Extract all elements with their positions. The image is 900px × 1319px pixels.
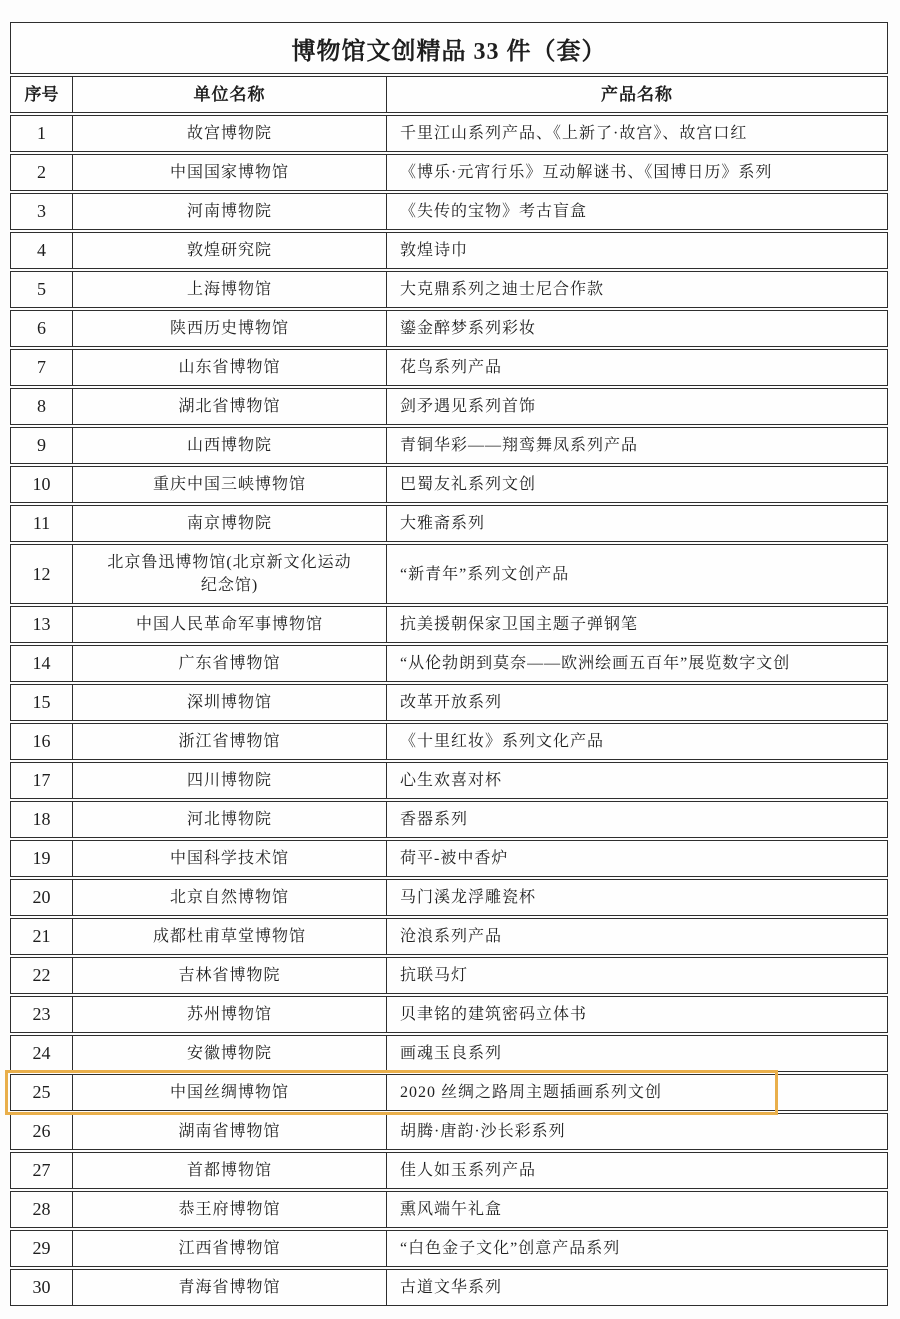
table-row: 26湖南省博物馆胡腾·唐韵·沙长彩系列 bbox=[10, 1113, 888, 1150]
unit-name-cell: 北京自然博物馆 bbox=[73, 880, 387, 915]
table-row: 15深圳博物馆改革开放系列 bbox=[10, 684, 888, 721]
table-row: 27首都博物馆佳人如玉系列产品 bbox=[10, 1152, 888, 1189]
row-number-cell: 9 bbox=[11, 428, 73, 463]
unit-name-cell: 安徽博物院 bbox=[73, 1036, 387, 1071]
table-row: 23苏州博物馆贝聿铭的建筑密码立体书 bbox=[10, 996, 888, 1033]
product-name-cell: 千里江山系列产品、《上新了·故宫》、故宫口红 bbox=[387, 116, 887, 151]
table-row: 3河南博物院《失传的宝物》考古盲盒 bbox=[10, 193, 888, 230]
table-row: 25中国丝绸博物馆2020 丝绸之路周主题插画系列文创 bbox=[10, 1074, 888, 1111]
row-number-cell: 28 bbox=[11, 1192, 73, 1227]
product-name-cell: 改革开放系列 bbox=[387, 685, 887, 720]
row-number-cell: 12 bbox=[11, 545, 73, 603]
table-row: 12北京鲁迅博物馆(北京新文化运动 纪念馆)“新青年”系列文创产品 bbox=[10, 544, 888, 604]
unit-name-cell: 苏州博物馆 bbox=[73, 997, 387, 1032]
row-number-cell: 19 bbox=[11, 841, 73, 876]
table-row: 7山东省博物馆花鸟系列产品 bbox=[10, 349, 888, 386]
header-product: 产品名称 bbox=[387, 77, 887, 112]
table-row: 13中国人民革命军事博物馆抗美援朝保家卫国主题子弹钢笔 bbox=[10, 606, 888, 643]
header-unit: 单位名称 bbox=[73, 77, 387, 112]
unit-name-cell: 河南博物院 bbox=[73, 194, 387, 229]
product-name-cell: 巴蜀友礼系列文创 bbox=[387, 467, 887, 502]
unit-name-cell: 吉林省博物院 bbox=[73, 958, 387, 993]
row-number-cell: 27 bbox=[11, 1153, 73, 1188]
row-number-cell: 7 bbox=[11, 350, 73, 385]
unit-name-cell: 深圳博物馆 bbox=[73, 685, 387, 720]
title-row: 博物馆文创精品 33 件（套） bbox=[10, 22, 888, 74]
row-number-cell: 25 bbox=[11, 1075, 73, 1110]
unit-name-cell: 河北博物院 bbox=[73, 802, 387, 837]
table-row: 4敦煌研究院敦煌诗巾 bbox=[10, 232, 888, 269]
product-name-cell: 敦煌诗巾 bbox=[387, 233, 887, 268]
table-row: 29江西省博物馆“白色金子文化”创意产品系列 bbox=[10, 1230, 888, 1267]
row-number-cell: 21 bbox=[11, 919, 73, 954]
unit-name-cell: 四川博物院 bbox=[73, 763, 387, 798]
table-row: 17四川博物院心生欢喜对杯 bbox=[10, 762, 888, 799]
unit-name-cell: 敦煌研究院 bbox=[73, 233, 387, 268]
row-number-cell: 14 bbox=[11, 646, 73, 681]
row-number-cell: 30 bbox=[11, 1270, 73, 1305]
row-number-cell: 13 bbox=[11, 607, 73, 642]
row-number-cell: 2 bbox=[11, 155, 73, 190]
row-number-cell: 11 bbox=[11, 506, 73, 541]
table-row: 21成都杜甫草堂博物馆沧浪系列产品 bbox=[10, 918, 888, 955]
product-name-cell: 抗美援朝保家卫国主题子弹钢笔 bbox=[387, 607, 887, 642]
unit-name-cell: 恭王府博物馆 bbox=[73, 1192, 387, 1227]
product-name-cell: 心生欢喜对杯 bbox=[387, 763, 887, 798]
unit-name-cell: 成都杜甫草堂博物馆 bbox=[73, 919, 387, 954]
product-name-cell: 胡腾·唐韵·沙长彩系列 bbox=[387, 1114, 887, 1149]
unit-name-cell: 青海省博物馆 bbox=[73, 1270, 387, 1305]
row-number-cell: 24 bbox=[11, 1036, 73, 1071]
table-row: 20北京自然博物馆马门溪龙浮雕瓷杯 bbox=[10, 879, 888, 916]
product-name-cell: 贝聿铭的建筑密码立体书 bbox=[387, 997, 887, 1032]
unit-name-cell: 首都博物馆 bbox=[73, 1153, 387, 1188]
row-number-cell: 18 bbox=[11, 802, 73, 837]
row-number-cell: 1 bbox=[11, 116, 73, 151]
product-name-cell: 荷平-被中香炉 bbox=[387, 841, 887, 876]
product-name-cell: 鎏金醉梦系列彩妆 bbox=[387, 311, 887, 346]
table-row: 6陕西历史博物馆鎏金醉梦系列彩妆 bbox=[10, 310, 888, 347]
table-row: 19中国科学技术馆荷平-被中香炉 bbox=[10, 840, 888, 877]
row-number-cell: 5 bbox=[11, 272, 73, 307]
product-name-cell: 大克鼎系列之迪士尼合作款 bbox=[387, 272, 887, 307]
table-row: 22吉林省博物院抗联马灯 bbox=[10, 957, 888, 994]
unit-name-cell: 山东省博物馆 bbox=[73, 350, 387, 385]
row-number-cell: 4 bbox=[11, 233, 73, 268]
product-name-cell: 马门溪龙浮雕瓷杯 bbox=[387, 880, 887, 915]
table-row: 9山西博物院青铜华彩——翔鸾舞凤系列产品 bbox=[10, 427, 888, 464]
unit-name-cell: 上海博物馆 bbox=[73, 272, 387, 307]
row-number-cell: 15 bbox=[11, 685, 73, 720]
row-number-cell: 8 bbox=[11, 389, 73, 424]
unit-name-cell: 中国科学技术馆 bbox=[73, 841, 387, 876]
table-row: 18河北博物院香器系列 bbox=[10, 801, 888, 838]
table-body: 1故宫博物院千里江山系列产品、《上新了·故宫》、故宫口红2中国国家博物馆《博乐·… bbox=[10, 115, 888, 1306]
table-row: 28恭王府博物馆熏风端午礼盒 bbox=[10, 1191, 888, 1228]
table-row: 24安徽博物院画魂玉良系列 bbox=[10, 1035, 888, 1072]
table-header-row: 序号 单位名称 产品名称 bbox=[10, 76, 888, 113]
unit-name-cell: 中国人民革命军事博物馆 bbox=[73, 607, 387, 642]
product-name-cell: 熏风端午礼盒 bbox=[387, 1192, 887, 1227]
row-number-cell: 16 bbox=[11, 724, 73, 759]
page-title: 博物馆文创精品 33 件（套） bbox=[292, 31, 607, 66]
product-name-cell: 沧浪系列产品 bbox=[387, 919, 887, 954]
table-row: 1故宫博物院千里江山系列产品、《上新了·故宫》、故宫口红 bbox=[10, 115, 888, 152]
row-number-cell: 22 bbox=[11, 958, 73, 993]
product-name-cell: 《十里红妆》系列文化产品 bbox=[387, 724, 887, 759]
unit-name-cell: 中国国家博物馆 bbox=[73, 155, 387, 190]
museum-products-table: 博物馆文创精品 33 件（套） 序号 单位名称 产品名称 1故宫博物院千里江山系… bbox=[10, 22, 888, 1308]
product-name-cell: 《失传的宝物》考古盲盒 bbox=[387, 194, 887, 229]
row-number-cell: 6 bbox=[11, 311, 73, 346]
unit-name-cell: 陕西历史博物馆 bbox=[73, 311, 387, 346]
product-name-cell: 《博乐·元宵行乐》互动解谜书、《国博日历》系列 bbox=[387, 155, 887, 190]
row-number-cell: 23 bbox=[11, 997, 73, 1032]
unit-name-cell: 南京博物院 bbox=[73, 506, 387, 541]
unit-name-cell: 浙江省博物馆 bbox=[73, 724, 387, 759]
row-number-cell: 3 bbox=[11, 194, 73, 229]
document-page: 博物馆文创精品 33 件（套） 序号 单位名称 产品名称 1故宫博物院千里江山系… bbox=[0, 0, 900, 1319]
table-row: 2中国国家博物馆《博乐·元宵行乐》互动解谜书、《国博日历》系列 bbox=[10, 154, 888, 191]
table-row: 8湖北省博物馆剑矛遇见系列首饰 bbox=[10, 388, 888, 425]
unit-name-cell: 广东省博物馆 bbox=[73, 646, 387, 681]
row-number-cell: 26 bbox=[11, 1114, 73, 1149]
unit-name-cell: 北京鲁迅博物馆(北京新文化运动 纪念馆) bbox=[73, 545, 387, 603]
product-name-cell: 古道文华系列 bbox=[387, 1270, 887, 1305]
unit-name-cell: 湖北省博物馆 bbox=[73, 389, 387, 424]
product-name-cell: 2020 丝绸之路周主题插画系列文创 bbox=[387, 1075, 887, 1110]
table-row: 11南京博物院大雅斋系列 bbox=[10, 505, 888, 542]
product-name-cell: “从伦勃朗到莫奈——欧洲绘画五百年”展览数字文创 bbox=[387, 646, 887, 681]
product-name-cell: “新青年”系列文创产品 bbox=[387, 545, 887, 603]
unit-name-cell: 故宫博物院 bbox=[73, 116, 387, 151]
unit-name-cell: 重庆中国三峡博物馆 bbox=[73, 467, 387, 502]
table-row: 10重庆中国三峡博物馆巴蜀友礼系列文创 bbox=[10, 466, 888, 503]
product-name-cell: 剑矛遇见系列首饰 bbox=[387, 389, 887, 424]
product-name-cell: 花鸟系列产品 bbox=[387, 350, 887, 385]
product-name-cell: 佳人如玉系列产品 bbox=[387, 1153, 887, 1188]
table-row: 16浙江省博物馆《十里红妆》系列文化产品 bbox=[10, 723, 888, 760]
product-name-cell: 香器系列 bbox=[387, 802, 887, 837]
table-row: 5上海博物馆大克鼎系列之迪士尼合作款 bbox=[10, 271, 888, 308]
product-name-cell: 抗联马灯 bbox=[387, 958, 887, 993]
table-row: 14广东省博物馆“从伦勃朗到莫奈——欧洲绘画五百年”展览数字文创 bbox=[10, 645, 888, 682]
product-name-cell: “白色金子文化”创意产品系列 bbox=[387, 1231, 887, 1266]
row-number-cell: 20 bbox=[11, 880, 73, 915]
unit-name-cell: 中国丝绸博物馆 bbox=[73, 1075, 387, 1110]
header-no: 序号 bbox=[11, 77, 73, 112]
unit-name-cell: 江西省博物馆 bbox=[73, 1231, 387, 1266]
product-name-cell: 青铜华彩——翔鸾舞凤系列产品 bbox=[387, 428, 887, 463]
unit-name-cell: 湖南省博物馆 bbox=[73, 1114, 387, 1149]
row-number-cell: 29 bbox=[11, 1231, 73, 1266]
product-name-cell: 大雅斋系列 bbox=[387, 506, 887, 541]
table-row: 30青海省博物馆古道文华系列 bbox=[10, 1269, 888, 1306]
row-number-cell: 17 bbox=[11, 763, 73, 798]
row-number-cell: 10 bbox=[11, 467, 73, 502]
unit-name-cell: 山西博物院 bbox=[73, 428, 387, 463]
product-name-cell: 画魂玉良系列 bbox=[387, 1036, 887, 1071]
